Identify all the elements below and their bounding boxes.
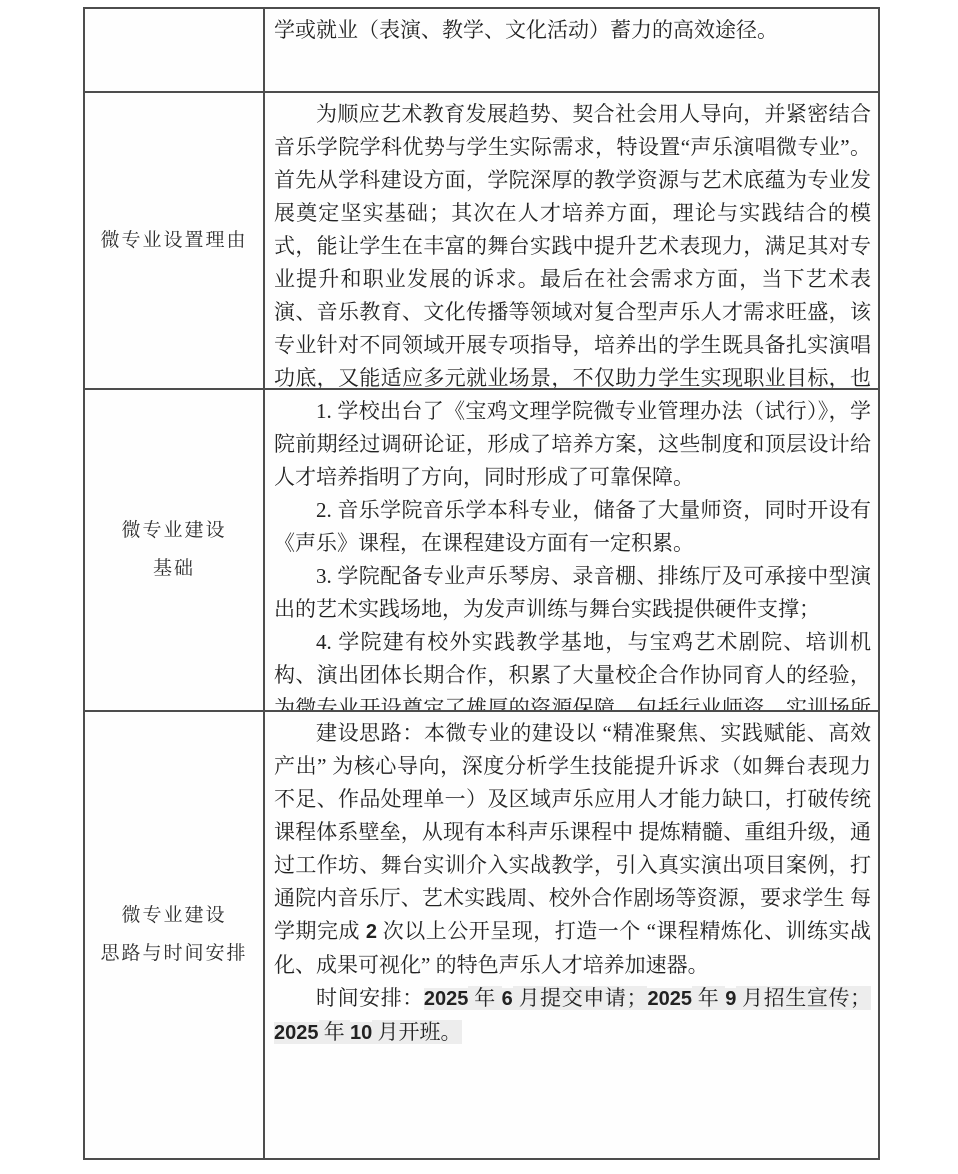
table-row-continuation: 学或就业（表演、教学、文化活动）蓄力的高效途径。 [85,9,878,93]
row-label-text-line1: 微专业建设 [121,512,226,550]
paragraph-item-1: 1. 学校出台了《宝鸡文理学院微专业管理办法（试行）》，学院前期经过调研论证，形… [274,395,871,494]
text-segment: 时间安排： [316,986,424,1010]
row-label-cell: 微专业建设 基础 [85,390,265,710]
paragraph-item-2: 2. 音乐学院音乐学本科专业，储备了大量师资，同时开设有《声乐》课程，在课程建设… [274,494,871,560]
text-segment: 10 [350,1022,372,1044]
text-segment: 2025 [647,988,692,1010]
paragraph-construction-approach: 建设思路：本微专业的建设以 “精准聚焦、实践赋能、高效产出” 为核心导向，深度分… [274,717,871,982]
row-content-cell: 1. 学校出台了《宝鸡文理学院微专业管理办法（试行）》，学院前期经过调研论证，形… [265,390,878,710]
text-segment: 2025 [274,1022,319,1044]
row-label-text-line2: 思路与时间安排 [100,935,247,973]
row-content-cell: 建设思路：本微专业的建设以 “精准聚焦、实践赋能、高效产出” 为核心导向，深度分… [265,712,878,1158]
row-label-text: 微专业设置理由 [100,222,247,260]
text-segment: 年 [319,1020,351,1044]
table-row-setup-rationale: 微专业设置理由 为顺应艺术教育发展趋势、契合社会用人导向，并紧密结合音乐学院学科… [85,93,878,390]
text-segment: 2 [366,921,377,943]
document-page: 学或就业（表演、教学、文化活动）蓄力的高效途径。 微专业设置理由 为顺应艺术教育… [0,0,958,1174]
table-row-construction-foundation: 微专业建设 基础 1. 学校出台了《宝鸡文理学院微专业管理办法（试行）》，学院前… [85,390,878,712]
row-label-text-line1: 微专业建设 [121,897,226,935]
micro-major-proposal-table: 学或就业（表演、教学、文化活动）蓄力的高效途径。 微专业设置理由 为顺应艺术教育… [83,7,880,1160]
paragraph: 为顺应艺术教育发展趋势、契合社会用人导向，并紧密结合音乐学院学科优势与学生实际需… [274,98,871,388]
row-content-cell: 学或就业（表演、教学、文化活动）蓄力的高效途径。 [265,9,878,91]
text-segment: 年 [692,986,725,1010]
paragraph-time-schedule: 时间安排：2025 年 6 月提交申请；2025 年 9 月招生宣传；2025 … [274,982,871,1050]
text-segment: 2025 [424,988,469,1010]
row-label-cell: 微专业建设 思路与时间安排 [85,712,265,1158]
table-row-plan-and-schedule: 微专业建设 思路与时间安排 建设思路：本微专业的建设以 “精准聚焦、实践赋能、高… [85,712,878,1158]
text-segment: 建设思路：本微专业的建设以 “精准聚焦、实践赋能、高效产出” 为核心导向，深度分… [274,721,871,943]
text-segment: 6 [502,988,513,1010]
row-label-cell: 微专业设置理由 [85,93,265,388]
paragraph: 学或就业（表演、教学、文化活动）蓄力的高效途径。 [274,14,871,47]
paragraph-item-4: 4. 学院建有校外实践教学基地，与宝鸡艺术剧院、培训机构、演出团体长期合作，积累… [274,626,871,710]
text-segment: 9 [725,988,736,1010]
row-label-cell-empty [85,9,265,91]
row-content-cell: 为顺应艺术教育发展趋势、契合社会用人导向，并紧密结合音乐学院学科优势与学生实际需… [265,93,878,388]
text-segment: 年 [468,986,501,1010]
text-segment: 月招生宣传； [736,986,871,1010]
paragraph-item-3: 3. 学院配备专业声乐琴房、录音棚、排练厅及可承接中型演出的艺术实践场地，为发声… [274,560,871,626]
row-label-text-line2: 基础 [153,550,195,588]
text-segment: 月提交申请； [513,986,648,1010]
text-segment: 月开班。 [372,1020,461,1044]
